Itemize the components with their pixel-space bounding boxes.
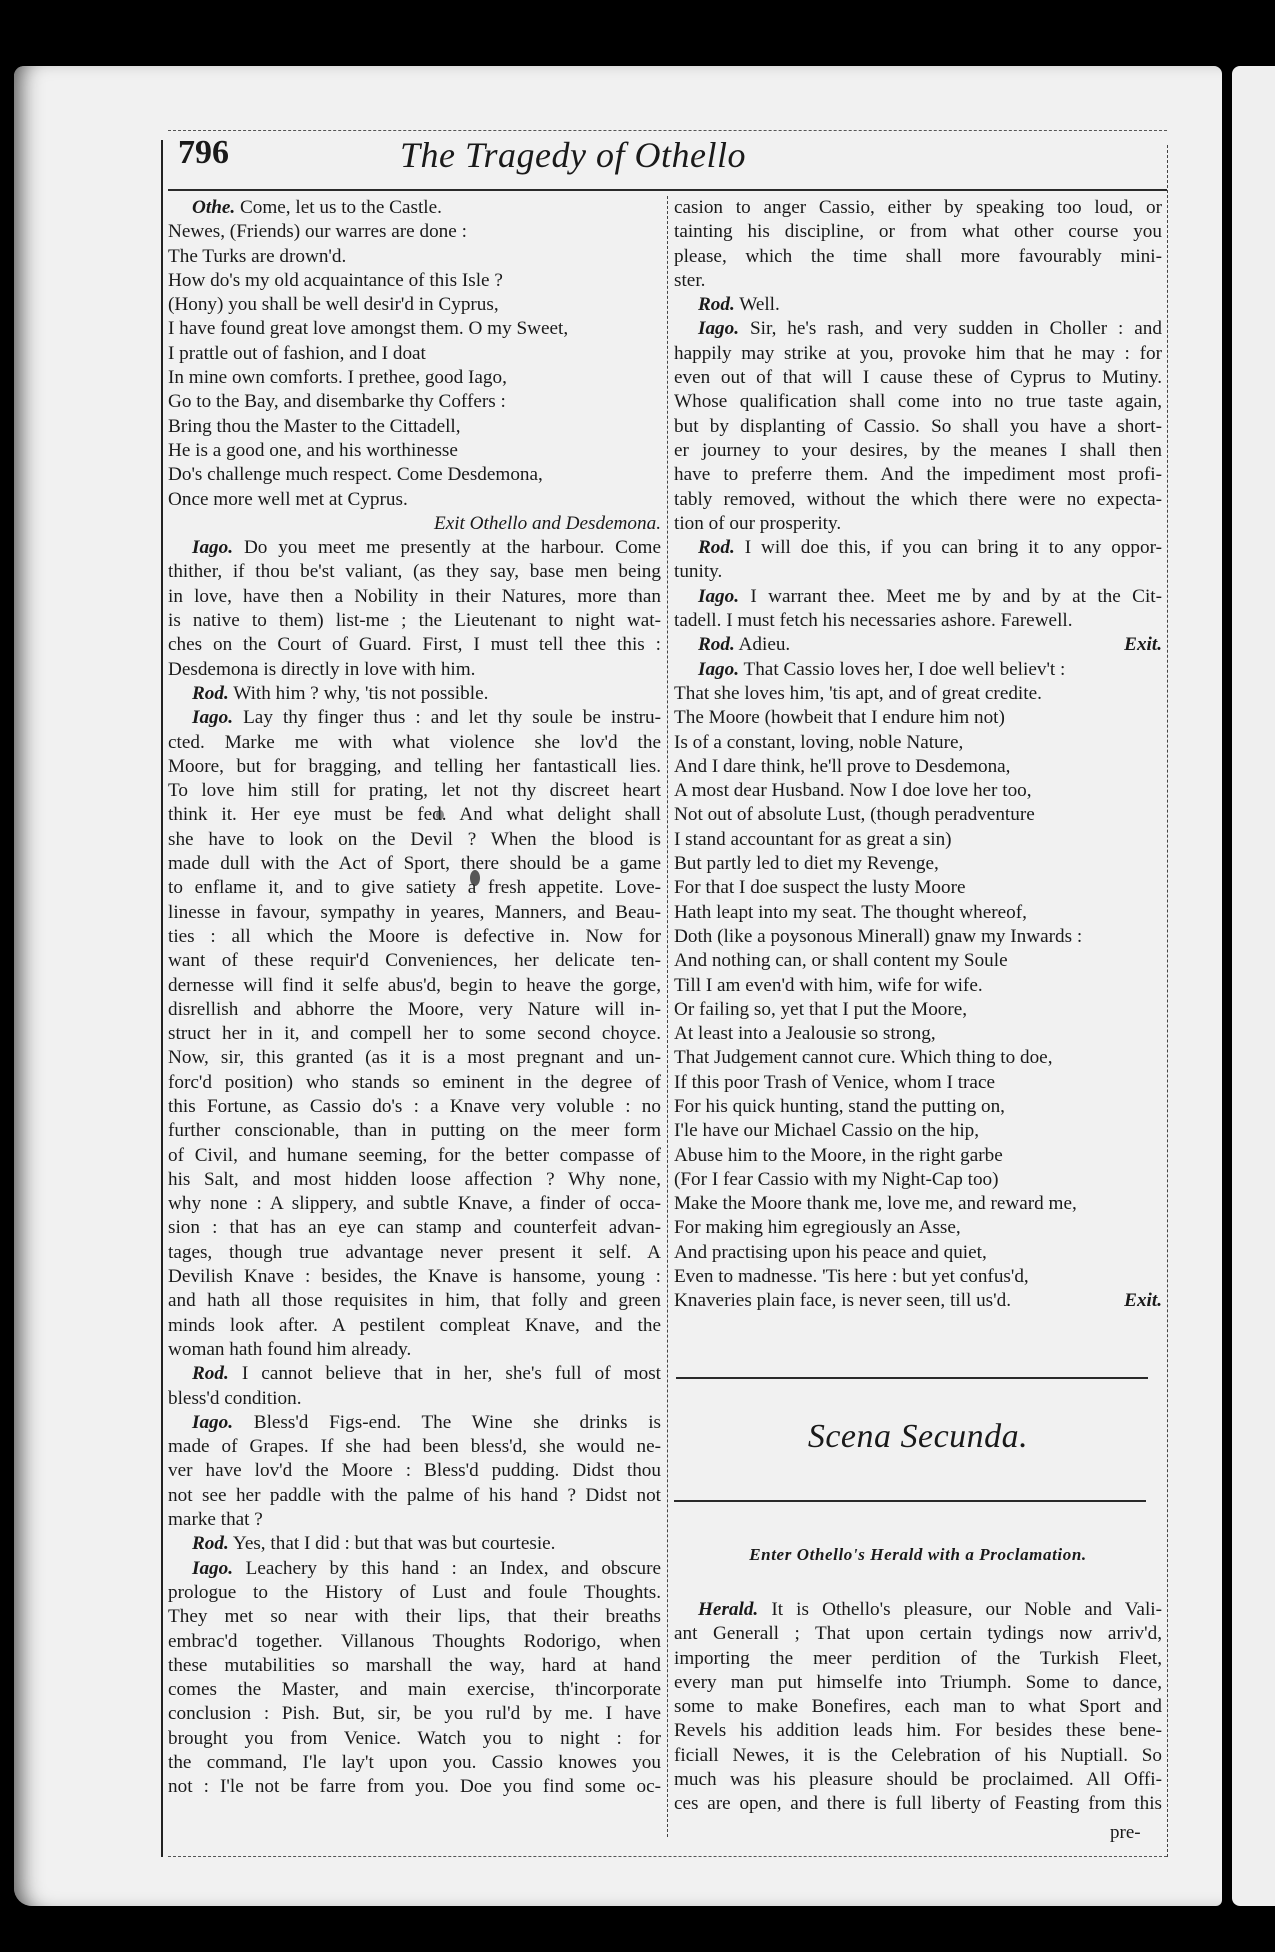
line-text: importing the meer perdition of the Turk… <box>674 1648 1162 1669</box>
text-line: importing the meer perdition of the Turk… <box>674 1647 1162 1671</box>
scene-rule-top <box>676 1377 1148 1379</box>
text-line: even out of that will I cause these of C… <box>674 366 1162 390</box>
line-text: but by displanting of Cassio. So shall y… <box>674 416 1162 437</box>
text-line: Devilish Knave : besides, the Knave is h… <box>168 1265 661 1289</box>
line-text: That Judgement cannot cure. Which thing … <box>674 1047 1053 1068</box>
line-text: think it. Her eye must be fed. And what … <box>168 804 661 825</box>
text-line: further conscionable, than in putting on… <box>168 1119 661 1143</box>
text-line: Exit Othello and Desdemona. <box>168 512 661 536</box>
text-line: prologue to the History of Lust and foul… <box>168 1581 661 1605</box>
line-text: Knaveries plain face, is never seen, til… <box>674 1290 1011 1311</box>
adjacent-page-edge <box>1232 66 1275 1906</box>
text-line: woman hath found him already. <box>168 1338 661 1362</box>
line-text: Well. <box>735 294 780 315</box>
text-line: bless'd condition. <box>168 1387 661 1411</box>
text-line: much was his pleasure should be proclaim… <box>674 1768 1162 1792</box>
line-text: made dull with the Act of Sport, there s… <box>168 853 661 874</box>
text-line: And I dare think, he'll prove to Desdemo… <box>674 755 1162 779</box>
line-text: They met so near with their lips, that t… <box>168 1606 661 1627</box>
line-text: I will doe this, if you can bring it to … <box>735 537 1162 558</box>
line-text: Or failing so, yet that I put the Moore, <box>674 999 967 1020</box>
text-line: Abuse him to the Moore, in the right gar… <box>674 1144 1162 1168</box>
line-text: every man put himselfe into Triumph. Som… <box>674 1672 1162 1693</box>
text-line: A most dear Husband. Now I doe love her … <box>674 779 1162 803</box>
line-text: linesse in favour, sympathy in yeares, M… <box>168 902 661 923</box>
line-text: Come, let us to the Castle. <box>235 197 442 218</box>
text-line: And nothing can, or shall content my Sou… <box>674 949 1162 973</box>
line-text: The Turks are drown'd. <box>168 246 346 267</box>
text-line: happily may strike at you, provoke him t… <box>674 342 1162 366</box>
text-line: embrac'd together. Villanous Thoughts Ro… <box>168 1630 661 1654</box>
line-text: Doth (like a poysonous Minerall) gnaw my… <box>674 926 1082 947</box>
text-line: Rod. With him ? why, 'tis not possible. <box>168 682 661 706</box>
line-text: even out of that will I cause these of C… <box>674 367 1162 388</box>
text-line: made dull with the Act of Sport, there s… <box>168 852 661 876</box>
ink-blot <box>470 870 480 886</box>
text-line: Rod. I will doe this, if you can bring i… <box>674 536 1162 560</box>
text-line: tainting his discipline, or from what ot… <box>674 220 1162 244</box>
line-text: dernesse will find it selfe abus'd, begi… <box>168 975 661 996</box>
line-text: How do's my old acquaintance of this Isl… <box>168 270 503 291</box>
text-line: (For I fear Cassio with my Night-Cap too… <box>674 1168 1162 1192</box>
line-text: It is Othello's pleasure, our Noble and … <box>758 1599 1162 1620</box>
text-line: sion : that has an eye can stamp and cou… <box>168 1216 661 1240</box>
line-text: Bless'd Figs-end. The Wine she drinks is <box>233 1412 661 1433</box>
text-line: Othe. Come, let us to the Castle. <box>168 196 661 220</box>
line-text: tainting his discipline, or from what ot… <box>674 221 1162 242</box>
text-line: The Turks are drown'd. <box>168 245 661 269</box>
line-text: she have to look on the Devil ? When the… <box>168 829 661 850</box>
text-line: tadell. I must fetch his necessaries ash… <box>674 609 1162 633</box>
text-line: I have found great love amongst them. O … <box>168 317 661 341</box>
line-text: of Civil, and humane seeming, for the be… <box>168 1145 661 1166</box>
line-text: disrellish and abhorre the Moore, very N… <box>168 999 661 1020</box>
line-text: conclusion : Pish. But, sir, be you rul'… <box>168 1703 661 1724</box>
line-text: in love, have then a Nobility in their N… <box>168 586 661 607</box>
speaker-name: Iago. <box>698 586 739 607</box>
line-text: Abuse him to the Moore, in the right gar… <box>674 1145 1003 1166</box>
line-text: not see her paddle with the palme of his… <box>168 1485 661 1506</box>
text-line: tages, though true advantage never prese… <box>168 1241 661 1265</box>
line-text: A most dear Husband. Now I doe love her … <box>674 780 1032 801</box>
line-text: comes the Master, and main exercise, th'… <box>168 1679 661 1700</box>
text-line: er journey to your desires, by the meane… <box>674 439 1162 463</box>
line-text: please, which the time shall more favour… <box>674 246 1162 267</box>
line-text: have to preferre them. And the impedimen… <box>674 464 1162 485</box>
line-text: not : I'le not be farre from you. Doe yo… <box>168 1776 661 1797</box>
line-text: ver have lov'd the Moore : Bless'd puddi… <box>168 1460 661 1481</box>
speaker-name: Iago. <box>698 659 739 680</box>
text-line: tunity. <box>674 560 1162 584</box>
text-line: Go to the Bay, and disembarke thy Coffer… <box>168 390 661 414</box>
line-text: Bring thou the Master to the Cittadell, <box>168 416 461 437</box>
text-line: (Hony) you shall be well desir'd in Cypr… <box>168 293 661 317</box>
line-text: Moore, but for bragging, and telling her… <box>168 756 661 777</box>
line-text: Yes, that I did : but that was but court… <box>229 1533 556 1554</box>
text-line: in love, have then a Nobility in their N… <box>168 585 661 609</box>
line-text: That Cassio loves her, I doe well believ… <box>739 659 1065 680</box>
text-line: And practising upon his peace and quiet, <box>674 1241 1162 1265</box>
line-text: is native to them) list-me ; the Lieuten… <box>168 610 661 631</box>
text-line: ces are open, and there is full liberty … <box>674 1792 1162 1816</box>
line-text: With him ? why, 'tis not possible. <box>229 683 489 704</box>
line-text: ficiall Newes, it is the Celebration of … <box>674 1745 1162 1766</box>
text-line: That Judgement cannot cure. Which thing … <box>674 1046 1162 1070</box>
text-line: Moore, but for bragging, and telling her… <box>168 755 661 779</box>
text-line: I prattle out of fashion, and I doat <box>168 342 661 366</box>
line-text: forc'd position) who stands so eminent i… <box>168 1072 661 1093</box>
text-line: tably removed, without the which there w… <box>674 488 1162 512</box>
text-line: dernesse will find it selfe abus'd, begi… <box>168 974 661 998</box>
text-line: To love him still for prating, let not t… <box>168 779 661 803</box>
text-line: How do's my old acquaintance of this Isl… <box>168 269 661 293</box>
ink-blot <box>436 810 444 820</box>
text-line: but by displanting of Cassio. So shall y… <box>674 415 1162 439</box>
speaker-name: Rod. <box>192 683 229 704</box>
text-line: In mine own comforts. I prethee, good Ia… <box>168 366 661 390</box>
text-line: brought you from Venice. Watch you to ni… <box>168 1727 661 1751</box>
line-text: Do's challenge much respect. Come Desdem… <box>168 464 543 485</box>
text-line: not : I'le not be farre from you. Doe yo… <box>168 1775 661 1799</box>
line-text: Go to the Bay, and disembarke thy Coffer… <box>168 391 506 412</box>
line-text: want of these requir'd Conveniences, her… <box>168 950 661 971</box>
text-line: want of these requir'd Conveniences, her… <box>168 949 661 973</box>
page-number: 796 <box>178 134 229 172</box>
line-text: tadell. I must fetch his necessaries ash… <box>674 610 1073 631</box>
line-text: to enflame it, and to give satiety a fre… <box>168 877 661 898</box>
line-text: To love him still for prating, let not t… <box>168 780 661 801</box>
text-line: linesse in favour, sympathy in yeares, M… <box>168 901 661 925</box>
text-line: Do's challenge much respect. Come Desdem… <box>168 463 661 487</box>
text-line: The Moore (howbeit that I endure him not… <box>674 706 1162 730</box>
speaker-name: Rod. <box>698 537 735 558</box>
speaker-name: Iago. <box>192 1558 233 1579</box>
text-line: Once more well met at Cyprus. <box>168 488 661 512</box>
line-text: Whose qualification shall come into no t… <box>674 391 1162 412</box>
line-text: brought you from Venice. Watch you to ni… <box>168 1728 661 1749</box>
running-title: The Tragedy of Othello <box>400 134 960 176</box>
line-text: Now, sir, this granted (as it is a most … <box>168 1047 661 1068</box>
line-text: That she loves him, 'tis apt, and of gre… <box>674 683 1042 704</box>
line-text: ties : all which the Moore is defective … <box>168 926 661 947</box>
text-line: conclusion : Pish. But, sir, be you rul'… <box>168 1702 661 1726</box>
text-line: Hath leapt into my seat. The thought whe… <box>674 901 1162 925</box>
text-line: ties : all which the Moore is defective … <box>168 925 661 949</box>
text-line: minds look after. A pestilent compleat K… <box>168 1314 661 1338</box>
line-text: For his quick hunting, stand the putting… <box>674 1096 1005 1117</box>
speaker-name: Rod. <box>698 634 735 655</box>
line-text: much was his pleasure should be proclaim… <box>674 1769 1162 1790</box>
text-line: He is a good one, and his worthinesse <box>168 439 661 463</box>
text-line: Iago. Lay thy finger thus : and let thy … <box>168 706 661 730</box>
line-text: this Fortune, as Cassio do's : a Knave v… <box>168 1096 661 1117</box>
line-text: Not out of absolute Lust, (though peradv… <box>674 804 1035 825</box>
scene-rule-bottom <box>674 1500 1146 1502</box>
text-line: Not out of absolute Lust, (though peradv… <box>674 803 1162 827</box>
text-line: Rod. Adieu.Exit. <box>674 633 1162 657</box>
text-line: thither, if thou be'st valiant, (as they… <box>168 560 661 584</box>
text-line: Or failing so, yet that I put the Moore, <box>674 998 1162 1022</box>
line-text: these mutabilities so marshall the way, … <box>168 1655 661 1676</box>
line-text: Adieu. <box>735 634 790 655</box>
text-line: have to preferre them. And the impedimen… <box>674 463 1162 487</box>
text-line: cted. Marke me with what violence she lo… <box>168 731 661 755</box>
text-line: Now, sir, this granted (as it is a most … <box>168 1046 661 1070</box>
scene-heading: Scena Secunda. <box>674 1418 1162 1456</box>
line-text: I have found great love amongst them. O … <box>168 318 568 339</box>
line-text: And I dare think, he'll prove to Desdemo… <box>674 756 1010 777</box>
catchword: pre- <box>1110 1822 1141 1844</box>
text-line: disrellish and abhorre the Moore, very N… <box>168 998 661 1022</box>
speaker-name: Othe. <box>192 197 235 218</box>
line-text: struct her in it, and compell her to som… <box>168 1023 661 1044</box>
text-line: made of Grapes. If she had been bless'd,… <box>168 1435 661 1459</box>
line-text: And nothing can, or shall content my Sou… <box>674 950 1008 971</box>
line-text: Desdemona is directly in love with him. <box>168 659 475 680</box>
line-text: sion : that has an eye can stamp and cou… <box>168 1217 661 1238</box>
line-text: Is of a constant, loving, noble Nature, <box>674 732 963 753</box>
text-line: Iago. Leachery by this hand : an Index, … <box>168 1557 661 1581</box>
line-text: Exit Othello and Desdemona. <box>434 513 661 534</box>
exit-direction: Exit. <box>1124 1289 1162 1313</box>
line-text: tages, though true advantage never prese… <box>168 1242 661 1263</box>
left-frame-border <box>161 140 163 1857</box>
line-text: In mine own comforts. I prethee, good Ia… <box>168 367 507 388</box>
line-text: Devilish Knave : besides, the Knave is h… <box>168 1266 661 1287</box>
line-text: He is a good one, and his worthinesse <box>168 440 458 461</box>
line-text: For making him egregiously an Asse, <box>674 1217 961 1238</box>
text-line: ficiall Newes, it is the Celebration of … <box>674 1744 1162 1768</box>
text-line: Till I am even'd with him, wife for wife… <box>674 974 1162 998</box>
line-text: Newes, (Friends) our warres are done : <box>168 221 467 242</box>
line-text: ches on the Court of Guard. First, I mus… <box>168 634 661 655</box>
text-line: to enflame it, and to give satiety a fre… <box>168 876 661 900</box>
herald-proclamation: Herald. It is Othello's pleasure, our No… <box>674 1598 1162 1817</box>
speaker-name: Iago. <box>192 1412 233 1433</box>
line-text: happily may strike at you, provoke him t… <box>674 343 1162 364</box>
text-line: ver have lov'd the Moore : Bless'd puddi… <box>168 1459 661 1483</box>
line-text: (Hony) you shall be well desir'd in Cypr… <box>168 294 499 315</box>
text-line: comes the Master, and main exercise, th'… <box>168 1678 661 1702</box>
text-line: If this poor Trash of Venice, whom I tra… <box>674 1071 1162 1095</box>
text-line: For making him egregiously an Asse, <box>674 1216 1162 1240</box>
text-line: not see her paddle with the palme of his… <box>168 1484 661 1508</box>
text-line: is native to them) list-me ; the Lieuten… <box>168 609 661 633</box>
text-line: But partly led to diet my Revenge, <box>674 852 1162 876</box>
line-text: prologue to the History of Lust and foul… <box>168 1582 661 1603</box>
line-text: At least into a Jealousie so strong, <box>674 1023 936 1044</box>
text-line: think it. Her eye must be fed. And what … <box>168 803 661 827</box>
line-text: ant Generall ; That upon certain tydings… <box>674 1623 1162 1644</box>
speaker-name: Iago. <box>192 707 233 728</box>
text-line: Whose qualification shall come into no t… <box>674 390 1162 414</box>
header-rule <box>168 189 1167 191</box>
line-text: why none : A slippery, and subtle Knave,… <box>168 1193 661 1214</box>
text-line: Desdemona is directly in love with him. <box>168 658 661 682</box>
line-text: I warrant thee. Meet me by and by at the… <box>739 586 1162 607</box>
line-text: minds look after. A pestilent compleat K… <box>168 1315 661 1336</box>
line-text: For that I doe suspect the lusty Moore <box>674 877 966 898</box>
text-line: Bring thou the Master to the Cittadell, <box>168 415 661 439</box>
text-line: why none : A slippery, and subtle Knave,… <box>168 1192 661 1216</box>
text-line: every man put himselfe into Triumph. Som… <box>674 1671 1162 1695</box>
text-line: marke that ? <box>168 1508 661 1532</box>
line-text: Leachery by this hand : an Index, and ob… <box>233 1558 661 1579</box>
line-text: Once more well met at Cyprus. <box>168 489 408 510</box>
right-text-column: casion to anger Cassio, either by speaki… <box>674 196 1162 1314</box>
line-text: Lay thy finger thus : and let thy soule … <box>233 707 661 728</box>
line-text: I'le have our Michael Cassio on the hip, <box>674 1120 979 1141</box>
text-line: Iago. Do you meet me presently at the ha… <box>168 536 661 560</box>
line-text: the command, I'le lay't upon you. Cassio… <box>168 1752 661 1773</box>
text-line: Is of a constant, loving, noble Nature, <box>674 731 1162 755</box>
line-text: bless'd condition. <box>168 1388 302 1409</box>
text-line: of Civil, and humane seeming, for the be… <box>168 1144 661 1168</box>
text-line: the command, I'le lay't upon you. Cassio… <box>168 1751 661 1775</box>
text-line: Knaveries plain face, is never seen, til… <box>674 1289 1162 1313</box>
line-text: Revels his addition leads him. For besid… <box>674 1720 1162 1741</box>
text-line: Rod. Yes, that I did : but that was but … <box>168 1532 661 1556</box>
exit-direction: Exit. <box>1124 633 1162 657</box>
text-line: Rod. I cannot believe that in her, she's… <box>168 1362 661 1386</box>
line-text: Make the Moore thank me, love me, and re… <box>674 1193 1077 1214</box>
text-line: these mutabilities so marshall the way, … <box>168 1654 661 1678</box>
text-line: Herald. It is Othello's pleasure, our No… <box>674 1598 1162 1622</box>
stage-direction: Enter Othello's Herald with a Proclamati… <box>674 1545 1162 1565</box>
line-text: embrac'd together. Villanous Thoughts Ro… <box>168 1631 661 1652</box>
text-line: I stand accountant for as great a sin) <box>674 828 1162 852</box>
line-text: But partly led to diet my Revenge, <box>674 853 939 874</box>
text-line: ster. <box>674 269 1162 293</box>
speaker-name: Herald. <box>698 1599 758 1620</box>
speaker-name: Iago. <box>192 537 233 558</box>
line-text: ster. <box>674 270 705 291</box>
line-text: Hath leapt into my seat. The thought whe… <box>674 902 1027 923</box>
left-text-column: Othe. Come, let us to the Castle.Newes, … <box>168 196 661 1800</box>
line-text: er journey to your desires, by the meane… <box>674 440 1162 461</box>
text-line: some to make Bonefires, each man to what… <box>674 1695 1162 1719</box>
text-line: struct her in it, and compell her to som… <box>168 1022 661 1046</box>
line-text: I prattle out of fashion, and I doat <box>168 343 426 364</box>
text-line: forc'd position) who stands so eminent i… <box>168 1071 661 1095</box>
text-line: That she loves him, 'tis apt, and of gre… <box>674 682 1162 706</box>
speaker-name: Iago. <box>698 318 739 339</box>
line-text: woman hath found him already. <box>168 1339 411 1360</box>
line-text: and hath all those requisites in him, th… <box>168 1290 661 1311</box>
line-text: I cannot believe that in her, she's full… <box>229 1363 661 1384</box>
line-text: And practising upon his peace and quiet, <box>674 1242 987 1263</box>
line-text: some to make Bonefires, each man to what… <box>674 1696 1162 1717</box>
text-line: ant Generall ; That upon certain tydings… <box>674 1622 1162 1646</box>
text-line: Iago. I warrant thee. Meet me by and by … <box>674 585 1162 609</box>
line-text: Even to madnesse. 'Tis here : but yet co… <box>674 1266 1029 1287</box>
line-text: Till I am even'd with him, wife for wife… <box>674 975 983 996</box>
line-text: tably removed, without the which there w… <box>674 489 1162 510</box>
text-line: tion of our prosperity. <box>674 512 1162 536</box>
line-text: tunity. <box>674 561 722 582</box>
line-text: Do you meet me presently at the harbour.… <box>233 537 661 558</box>
speaker-name: Rod. <box>192 1363 229 1384</box>
text-line: Doth (like a poysonous Minerall) gnaw my… <box>674 925 1162 949</box>
line-text: further conscionable, than in putting on… <box>168 1120 661 1141</box>
text-line: Newes, (Friends) our warres are done : <box>168 220 661 244</box>
line-text: (For I fear Cassio with my Night-Cap too… <box>674 1169 999 1190</box>
line-text: cted. Marke me with what violence she lo… <box>168 732 661 753</box>
text-line: I'le have our Michael Cassio on the hip, <box>674 1119 1162 1143</box>
top-rule <box>168 130 1167 131</box>
line-text: Sir, he's rash, and very sudden in Choll… <box>739 318 1162 339</box>
text-line: For his quick hunting, stand the putting… <box>674 1095 1162 1119</box>
text-line: At least into a Jealousie so strong, <box>674 1022 1162 1046</box>
line-text: If this poor Trash of Venice, whom I tra… <box>674 1072 995 1093</box>
line-text: made of Grapes. If she had been bless'd,… <box>168 1436 661 1457</box>
line-text: I stand accountant for as great a sin) <box>674 829 952 850</box>
speaker-name: Rod. <box>192 1533 229 1554</box>
speaker-name: Rod. <box>698 294 735 315</box>
text-line: and hath all those requisites in him, th… <box>168 1289 661 1313</box>
text-line: Iago. Sir, he's rash, and very sudden in… <box>674 317 1162 341</box>
text-line: For that I doe suspect the lusty Moore <box>674 876 1162 900</box>
text-line: Iago. That Cassio loves her, I doe well … <box>674 658 1162 682</box>
text-line: his Salt, and most hidden loose affectio… <box>168 1168 661 1192</box>
line-text: his Salt, and most hidden loose affectio… <box>168 1169 661 1190</box>
right-frame-border <box>1167 145 1168 1857</box>
column-divider <box>667 196 668 1837</box>
text-line: she have to look on the Devil ? When the… <box>168 828 661 852</box>
text-line: please, which the time shall more favour… <box>674 245 1162 269</box>
text-line: Even to madnesse. 'Tis here : but yet co… <box>674 1265 1162 1289</box>
bottom-rule <box>168 1856 1167 1857</box>
text-line: Revels his addition leads him. For besid… <box>674 1719 1162 1743</box>
line-text: ces are open, and there is full liberty … <box>674 1793 1162 1814</box>
text-line: Iago. Bless'd Figs-end. The Wine she dri… <box>168 1411 661 1435</box>
text-line: casion to anger Cassio, either by speaki… <box>674 196 1162 220</box>
text-line: this Fortune, as Cassio do's : a Knave v… <box>168 1095 661 1119</box>
line-text: The Moore (howbeit that I endure him not… <box>674 707 1005 728</box>
line-text: tion of our prosperity. <box>674 513 841 534</box>
text-line: ches on the Court of Guard. First, I mus… <box>168 633 661 657</box>
text-line: Rod. Well. <box>674 293 1162 317</box>
line-text: thither, if thou be'st valiant, (as they… <box>168 561 661 582</box>
line-text: marke that ? <box>168 1509 263 1530</box>
line-text: casion to anger Cassio, either by speaki… <box>674 197 1162 218</box>
text-line: They met so near with their lips, that t… <box>168 1605 661 1629</box>
text-line: Make the Moore thank me, love me, and re… <box>674 1192 1162 1216</box>
